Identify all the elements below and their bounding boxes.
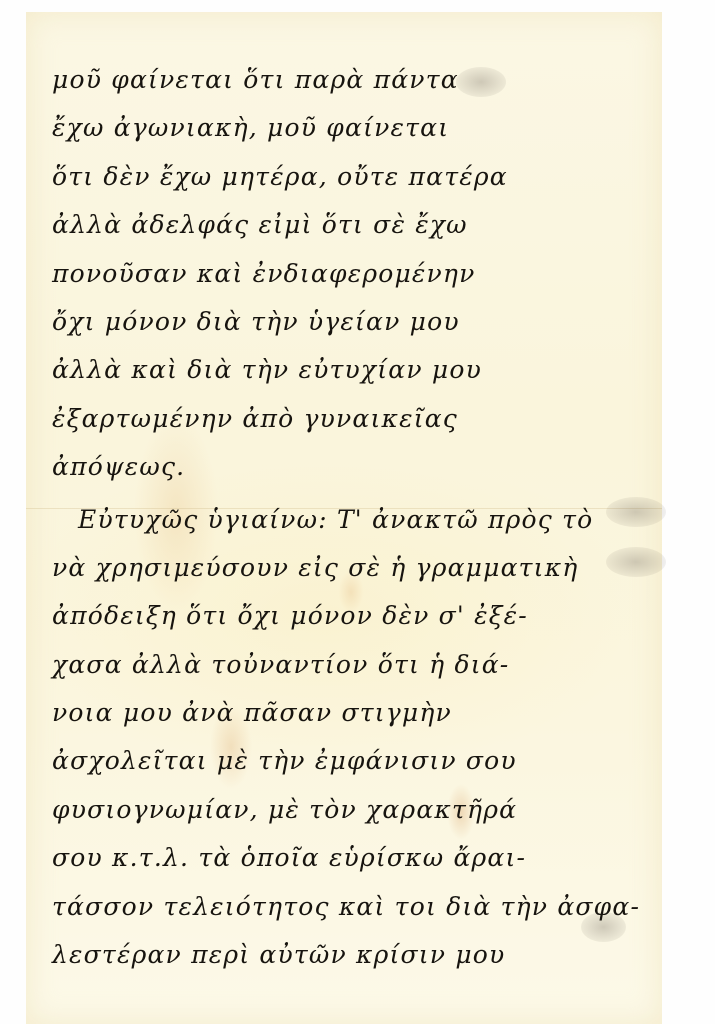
text-line-1: μοῦ φαίνεται ὅτι παρὰ πάντα <box>52 56 652 104</box>
text-line-3: ὅτι δὲν ἔχω μητέρα, οὔτε πατέρα <box>52 153 652 201</box>
text-line-10: Εὐτυχῶς ὑγιαίνω: Τ' ἀνακτῶ πρὸς τὸ <box>52 496 652 544</box>
text-line-18: τάσσον τελειότητος καὶ τοι διὰ τὴν ἀσφα- <box>52 883 652 931</box>
text-line-12: ἀπόδειξη ὅτι ὄχι μόνον δὲν σ' ἐξέ- <box>52 592 652 640</box>
scanned-page: μοῦ φαίνεται ὅτι παρὰ πάντα ἔχω ἀγωνιακὴ… <box>0 0 715 1024</box>
text-line-11: νὰ χρησιμεύσουν εἰς σὲ ἡ γραμματικὴ <box>52 544 652 592</box>
text-line-4: ἀλλὰ ἀδελφάς εἰμὶ ὅτι σὲ ἔχω <box>52 201 652 249</box>
text-line-9: ἀπόψεως. <box>52 443 652 491</box>
text-line-6: ὄχι μόνον διὰ τὴν ὑγείαν μου <box>52 298 652 346</box>
text-line-16: φυσιογνωμίαν, μὲ τὸν χαρακτῆρά <box>52 786 652 834</box>
handwritten-text: μοῦ φαίνεται ὅτι παρὰ πάντα ἔχω ἀγωνιακὴ… <box>52 56 652 979</box>
text-line-13: χασα ἀλλὰ τοὐναντίον ὅτι ἡ διά- <box>52 641 652 689</box>
text-line-14: νοια μου ἀνὰ πᾶσαν στιγμὴν <box>52 689 652 737</box>
text-line-2: ἔχω ἀγωνιακὴ, μοῦ φαίνεται <box>52 104 652 152</box>
text-line-15: ἀσχολεῖται μὲ τὴν ἐμφάνισιν σου <box>52 737 652 785</box>
text-line-19: λεστέραν περὶ αὐτῶν κρίσιν μου <box>52 931 652 979</box>
text-line-17: σου κ.τ.λ. τὰ ὁποῖα εὑρίσκω ἄραι- <box>52 834 652 882</box>
text-line-8: ἐξαρτωμένην ἀπὸ γυναικεῖας <box>52 395 652 443</box>
text-line-7: ἀλλὰ καὶ διὰ τὴν εὐτυχίαν μου <box>52 346 652 394</box>
text-line-5: πονοῦσαν καὶ ἐνδιαφερομένην <box>52 250 652 298</box>
